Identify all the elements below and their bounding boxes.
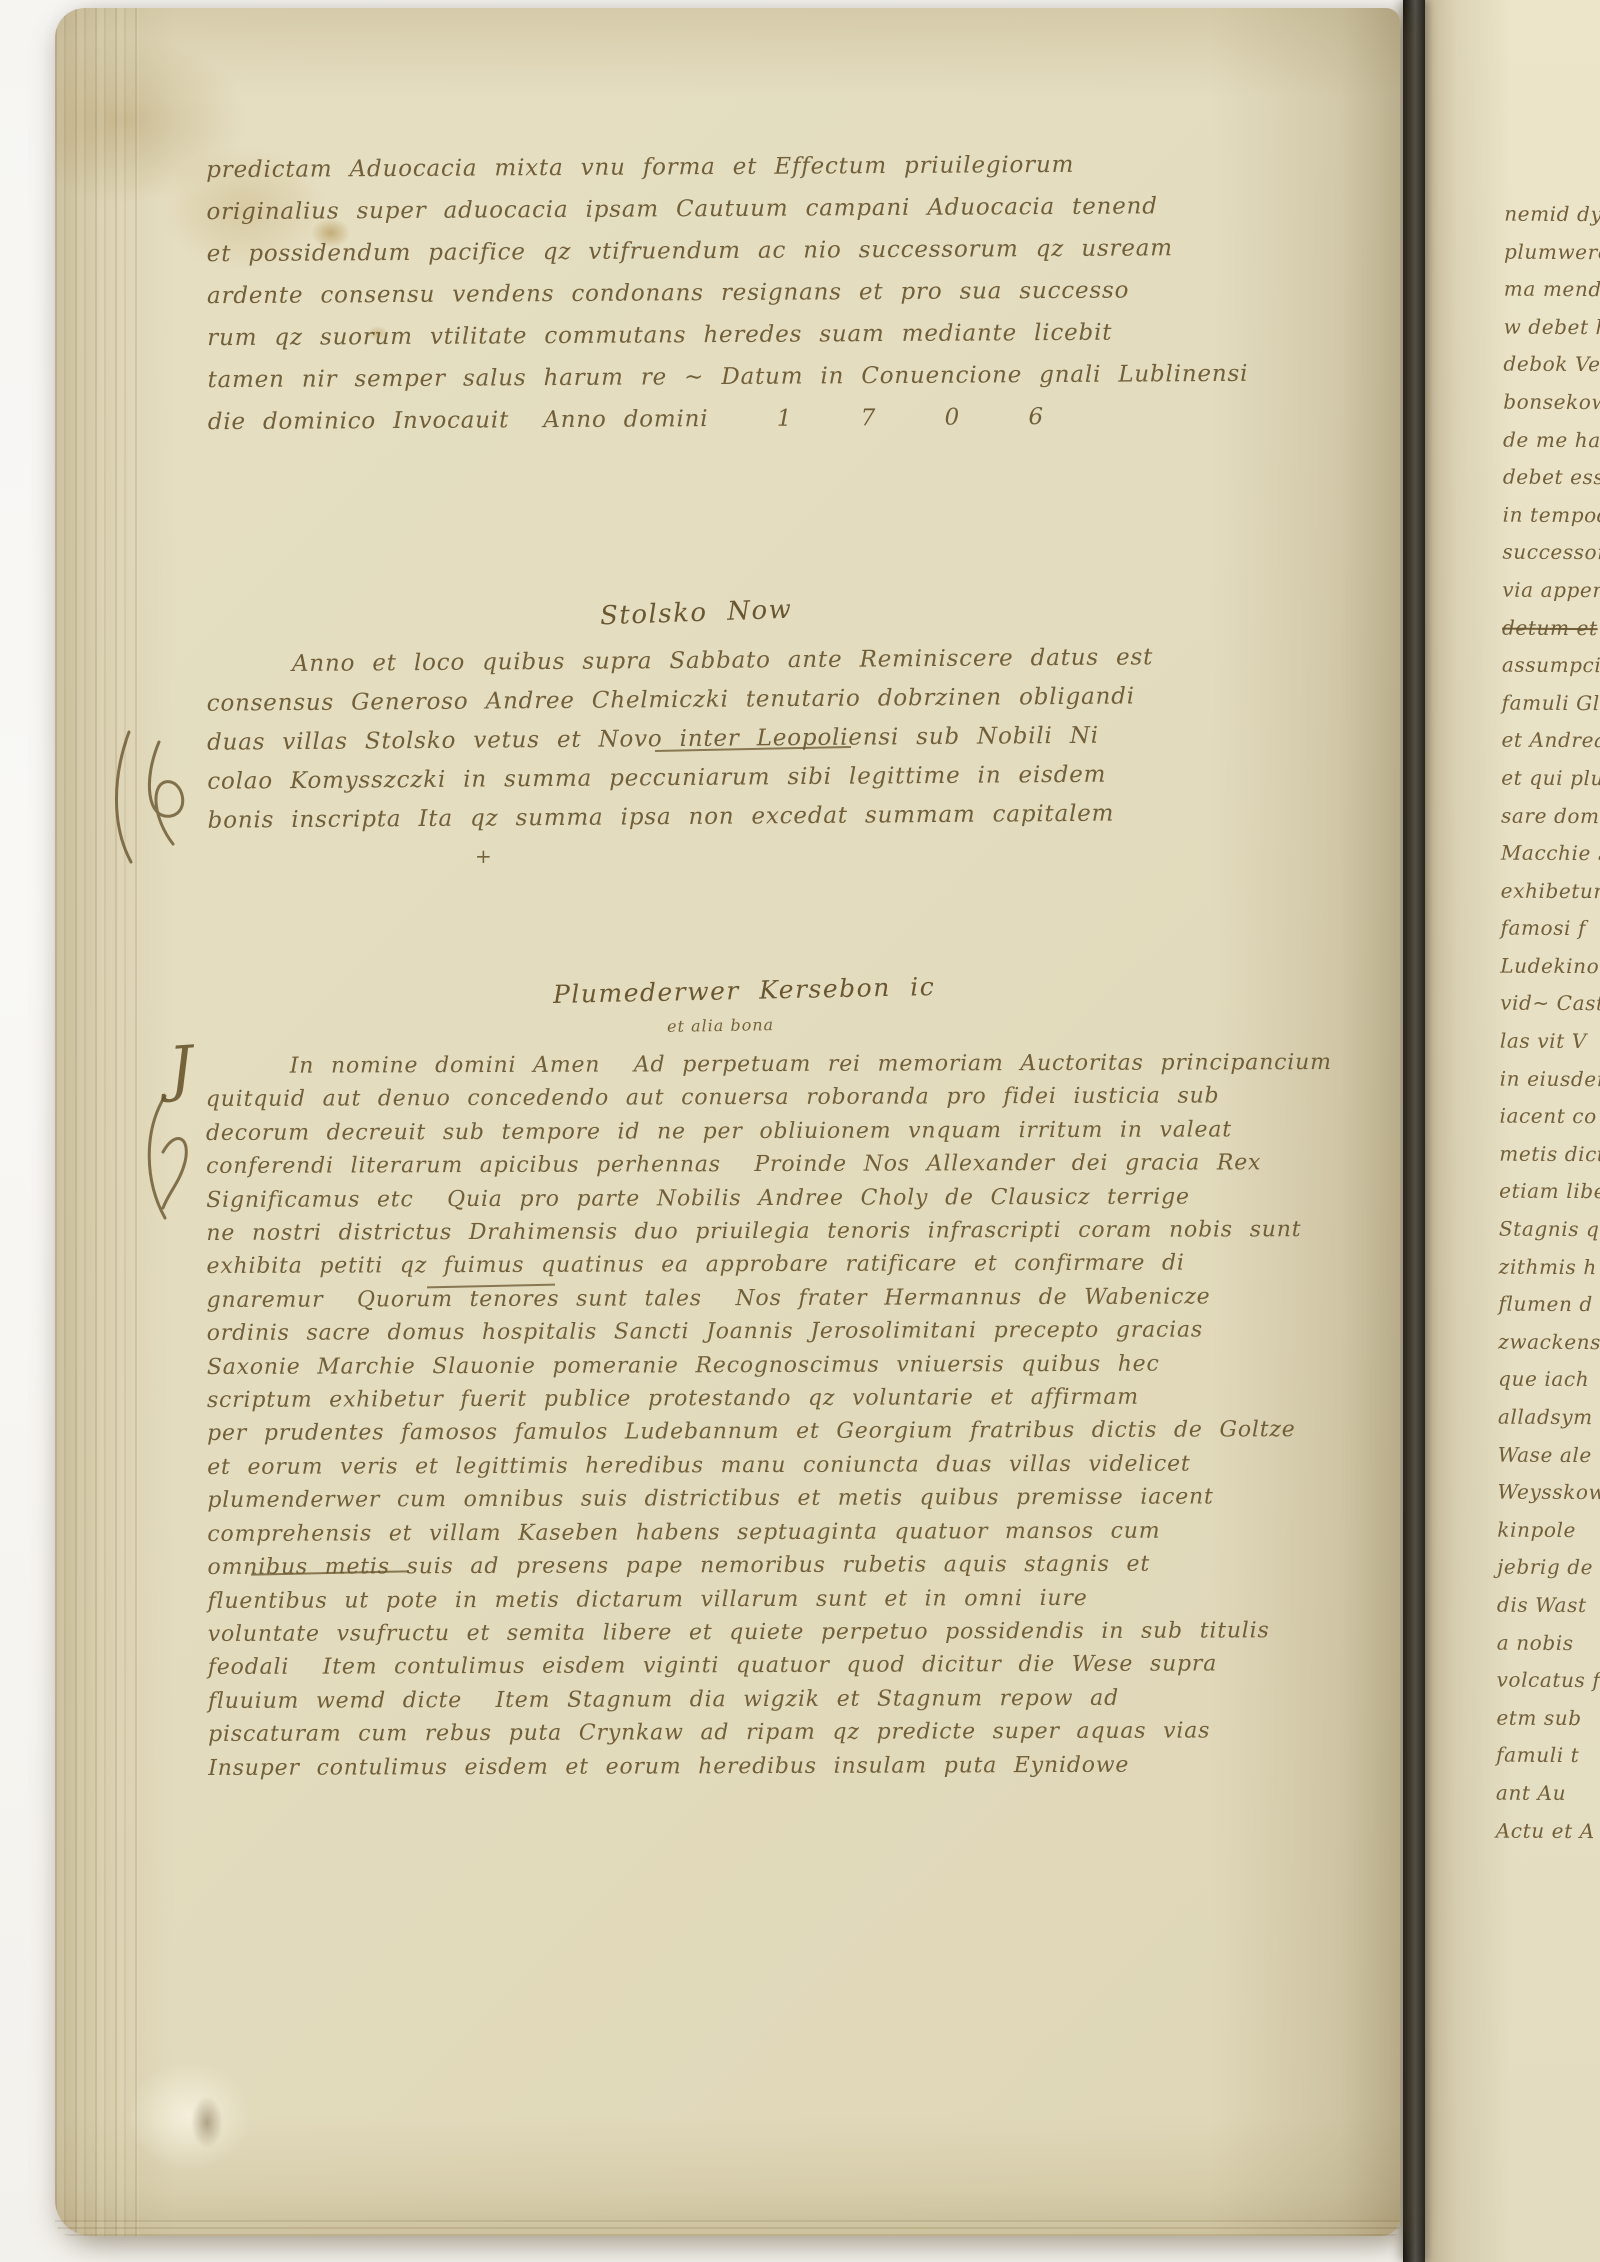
facing-page-line-fragment: assumpcionis bbox=[1502, 647, 1600, 685]
facing-page-line-fragment: plumwered bbox=[1504, 233, 1600, 271]
facing-page-line-fragment: ant Au bbox=[1496, 1775, 1600, 1813]
manuscript-text-line: In nomine domini Amen Ad perpetuam rei m… bbox=[206, 1046, 1332, 1083]
manuscript-text-line: decorum decreuit sub tempore id ne per o… bbox=[206, 1113, 1332, 1150]
facing-page-line-fragment: ma mend bbox=[1504, 271, 1600, 309]
manuscript-text-line: fluentibus ut pote in metis dictarum vil… bbox=[208, 1581, 1334, 1618]
manuscript-text-line: omnibus metis suis ad presens pape nemor… bbox=[207, 1547, 1333, 1584]
facing-page-line-fragment: famuli Gl bbox=[1502, 684, 1600, 722]
manuscript-text-line: per prudentes famosos famulos Ludebannum… bbox=[207, 1414, 1333, 1451]
manuscript-text-line: et possidendum pacifice qz vtifruendum a… bbox=[207, 227, 1248, 275]
manuscript-page: predictam Aduocacia mixta vnu forma et E… bbox=[55, 8, 1400, 2236]
facing-page-line-fragment: las vit V bbox=[1500, 1023, 1600, 1061]
facing-page-line-fragment: volcatus f bbox=[1496, 1662, 1600, 1700]
manuscript-text-line: quitquid aut denuo concedendo aut conuer… bbox=[206, 1079, 1332, 1116]
manuscript-text-line: Insuper contulimus eisdem et eorum hered… bbox=[208, 1748, 1334, 1785]
facing-page-line-fragment: iacent co bbox=[1499, 1098, 1600, 1136]
facing-page-line-fragment: dis Wast bbox=[1497, 1587, 1600, 1625]
manuscript-text-line: voluntate vsufructu et semita libere et … bbox=[208, 1614, 1334, 1651]
manuscript-text-line: plumenderwer cum omnibus suis districtib… bbox=[207, 1480, 1333, 1517]
insertion-caret-mark: + bbox=[475, 844, 492, 868]
facing-page-line-fragment: debet esse bbox=[1503, 459, 1600, 497]
manuscript-text-line: ordinis sacre domus hospitalis Sancti Jo… bbox=[207, 1313, 1333, 1350]
facing-page-line-fragment: successorib bbox=[1502, 534, 1600, 572]
manuscript-photo: nemid dyplumweredma mendw debet hdebok V… bbox=[0, 0, 1600, 2262]
entry-3-heading: Plumederwer Kersebon ic bbox=[553, 972, 936, 1009]
facing-page-text-column: nemid dyplumweredma mendw debet hdebok V… bbox=[1496, 196, 1600, 1851]
facing-page-line-fragment: jebrig de bbox=[1497, 1549, 1600, 1587]
manuscript-text-line: gnaremur Quorum tenores sunt tales Nos f… bbox=[207, 1280, 1333, 1317]
facing-page-line-fragment: de me ha bbox=[1503, 421, 1600, 459]
manuscript-text-line: exhibita petiti qz fuimus quatinus ea ap… bbox=[206, 1246, 1332, 1283]
entry-3-paragraph: In nomine domini Amen Ad perpetuam rei m… bbox=[206, 1046, 1335, 1785]
margin-flourish-1 bbox=[107, 720, 217, 870]
manuscript-text-line: comprehensis et villam Kaseben habens se… bbox=[207, 1514, 1333, 1551]
facing-page-line-fragment: via appensi bbox=[1502, 572, 1600, 610]
binding-strap bbox=[1403, 0, 1425, 2262]
facing-page-line-fragment: sare domin bbox=[1501, 797, 1600, 835]
manuscript-text-line: fluuium wemd dicte Item Stagnum dia wigz… bbox=[208, 1681, 1334, 1718]
manuscript-text-line: feodali Item contulimus eisdem viginti q… bbox=[208, 1647, 1334, 1684]
facing-page-line-fragment: debok Ve bbox=[1503, 346, 1600, 384]
facing-page-line-fragment: et qui plur bbox=[1501, 760, 1600, 798]
facing-page-line-fragment: Wase ale bbox=[1498, 1436, 1600, 1474]
facing-page: nemid dyplumweredma mendw debet hdebok V… bbox=[1422, 0, 1600, 2262]
facing-page-line-fragment: flumen d bbox=[1498, 1286, 1600, 1324]
manuscript-text-line: die dominico Invocauit Anno domini 1 7 0… bbox=[208, 395, 1249, 443]
facing-page-line-fragment: exhibetur bbox=[1501, 872, 1600, 910]
facing-page-line-fragment: famosi f bbox=[1500, 910, 1600, 948]
facing-page-line-fragment: metis dict bbox=[1499, 1135, 1600, 1173]
facing-page-line-fragment: alladsym bbox=[1498, 1399, 1600, 1437]
facing-page-line-fragment: Macchie S bbox=[1501, 835, 1600, 873]
facing-page-line-fragment: que iach bbox=[1498, 1361, 1600, 1399]
facing-page-line-fragment: Stagnis q bbox=[1499, 1211, 1600, 1249]
entry-2-paragraph: Anno et loco quibus supra Sabbato ante R… bbox=[206, 638, 1154, 840]
entry-2-heading: Stolsko Now bbox=[600, 595, 793, 632]
facing-page-line-fragment: Ludekino bbox=[1500, 948, 1600, 986]
facing-page-line-fragment: detum et bbox=[1502, 609, 1600, 647]
facing-page-line-fragment: zwackense bbox=[1498, 1323, 1600, 1361]
facing-page-line-fragment: Weysskow bbox=[1497, 1474, 1600, 1512]
facing-page-line-fragment: in eiusdem bbox=[1500, 1060, 1600, 1098]
facing-page-line-fragment: Actu et A bbox=[1496, 1812, 1600, 1850]
manuscript-text-line: bonis inscripta Ita qz summa ipsa non ex… bbox=[207, 794, 1154, 840]
manuscript-text-line: tamen nir semper salus harum re ~ Datum … bbox=[207, 353, 1248, 401]
entry-1-paragraph: predictam Aduocacia mixta vnu forma et E… bbox=[206, 143, 1248, 443]
manuscript-text-line: originalius super aduocacia ipsam Cautuu… bbox=[206, 185, 1247, 233]
manuscript-text-line: predictam Aduocacia mixta vnu forma et E… bbox=[206, 143, 1247, 191]
facing-page-line-fragment: etm sub bbox=[1496, 1699, 1600, 1737]
facing-page-line-fragment: et Andrea bbox=[1501, 722, 1600, 760]
manuscript-text-line: et eorum veris et legittimis heredibus m… bbox=[207, 1447, 1333, 1484]
manuscript-text-line: ne nostri districtus Drahimensis duo pri… bbox=[206, 1213, 1332, 1250]
facing-page-line-fragment: vid~ Castrum bbox=[1500, 985, 1600, 1023]
facing-page-line-fragment: etiam libe bbox=[1499, 1173, 1600, 1211]
manuscript-text-line: piscaturam cum rebus puta Crynkaw ad rip… bbox=[208, 1714, 1334, 1751]
folio-edge-stack-left bbox=[55, 8, 139, 2236]
facing-page-line-fragment: nemid dy bbox=[1504, 196, 1600, 234]
facing-page-line-fragment: bonsekow bbox=[1503, 384, 1600, 422]
manuscript-text-line: Significamus etc Quia pro parte Nobilis … bbox=[206, 1180, 1332, 1217]
manuscript-text-line: Saxonie Marchie Slauonie pomeranie Recog… bbox=[207, 1347, 1333, 1384]
manuscript-text-line: ardente consensu vendens condonans resig… bbox=[207, 269, 1248, 317]
facing-page-line-fragment: famuli t bbox=[1496, 1737, 1600, 1775]
entry-3-subheading: et alia bona bbox=[667, 1015, 774, 1036]
facing-page-line-fragment: in tempod bbox=[1503, 496, 1600, 534]
facing-page-line-fragment: zithmis h bbox=[1499, 1248, 1600, 1286]
manuscript-text-line: conferendi literarum apicibus perhennas … bbox=[206, 1146, 1332, 1183]
facing-page-line-fragment: kinpole bbox=[1497, 1511, 1600, 1549]
facing-page-line-fragment: w debet h bbox=[1504, 308, 1600, 346]
folio-edge-stack-bottom bbox=[55, 2220, 1400, 2236]
manuscript-text-line: rum qz suorum vtilitate commutans herede… bbox=[207, 311, 1248, 359]
margin-flourish-2 bbox=[133, 1090, 197, 1224]
facing-page-line-fragment: a nobis bbox=[1497, 1624, 1600, 1662]
manuscript-text-line: scriptum exhibetur fuerit publice protes… bbox=[207, 1380, 1333, 1417]
